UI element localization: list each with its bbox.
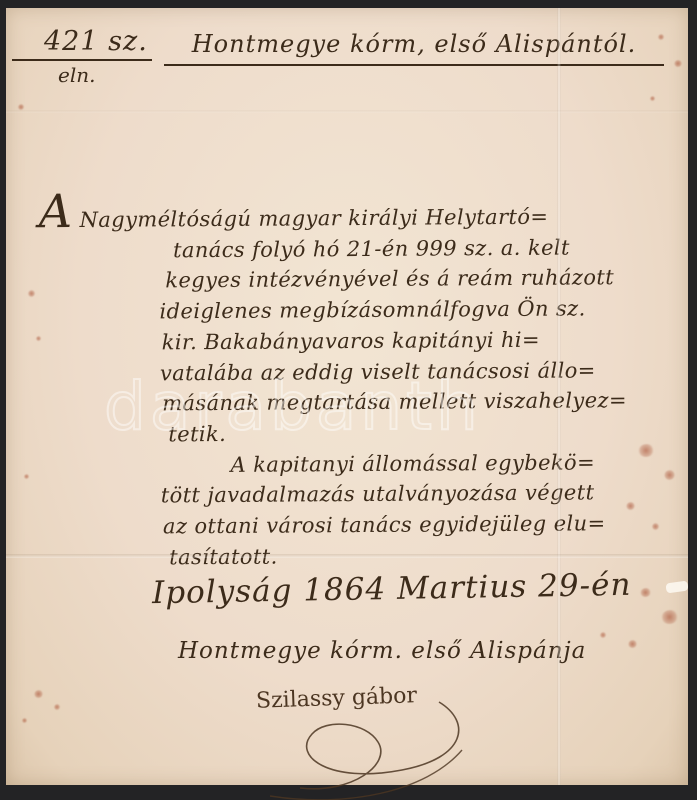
signatory-office-line: Hontmegye kórm. első Alispánja bbox=[178, 638, 586, 664]
stain-spot bbox=[28, 290, 35, 297]
upper-fold-crease bbox=[6, 110, 688, 113]
body-line: vatalába az eddig viselt tanácsosi állo= bbox=[160, 354, 680, 388]
stain-spot bbox=[650, 96, 655, 101]
letter-paper: 421 sz. eln. Hontmegye kórm, első Alispá… bbox=[6, 8, 688, 785]
reference-number: 421 sz. bbox=[12, 26, 152, 61]
stain-spot bbox=[22, 718, 27, 723]
letterhead-title: Hontmegye kórm, első Alispántól. bbox=[164, 30, 664, 66]
letter-body: A Nagyméltóságú magyar királyi Helytartó… bbox=[39, 192, 682, 574]
scanned-letter-photo: { "document": { "ref_number": "421 sz.",… bbox=[0, 0, 697, 800]
body-line: tetik. bbox=[168, 416, 680, 450]
paper-edge-tear bbox=[665, 581, 688, 594]
stain-spot bbox=[661, 610, 678, 624]
stain-spot bbox=[18, 104, 24, 110]
signature-flourish bbox=[234, 696, 494, 800]
body-line: kegyes intézvényével és á reám ruházott bbox=[165, 262, 679, 296]
body-line: tött javadalmazás utalványozása végett bbox=[161, 477, 681, 511]
stain-spot bbox=[54, 704, 60, 710]
reference-department: eln. bbox=[12, 61, 152, 87]
body-line: az ottani városi tanács egyidejüleg elu= bbox=[163, 508, 681, 542]
reference-block: 421 sz. eln. bbox=[12, 26, 152, 87]
stain-spot bbox=[640, 588, 651, 597]
body-line: A kapitanyi állomással egybekö= bbox=[230, 446, 680, 480]
body-line: másának megtartása mellett viszahelyez= bbox=[162, 385, 680, 419]
stain-spot bbox=[600, 632, 606, 638]
date-place-line: Ipolyság 1864 Martius 29-én bbox=[152, 567, 632, 611]
stain-spot bbox=[24, 474, 29, 479]
body-line: A Nagyméltóságú magyar királyi Helytartó… bbox=[39, 192, 679, 236]
body-line: kir. Bakabányavaros kapitányi hi= bbox=[162, 324, 680, 358]
stain-spot bbox=[674, 60, 682, 67]
body-line: ideiglenes megbízásomnálfogva Ön sz. bbox=[159, 293, 679, 327]
stain-spot bbox=[628, 640, 637, 648]
body-line: tanács folyó hó 21-én 999 sz. a. kelt bbox=[173, 231, 679, 265]
stain-spot bbox=[34, 690, 43, 698]
